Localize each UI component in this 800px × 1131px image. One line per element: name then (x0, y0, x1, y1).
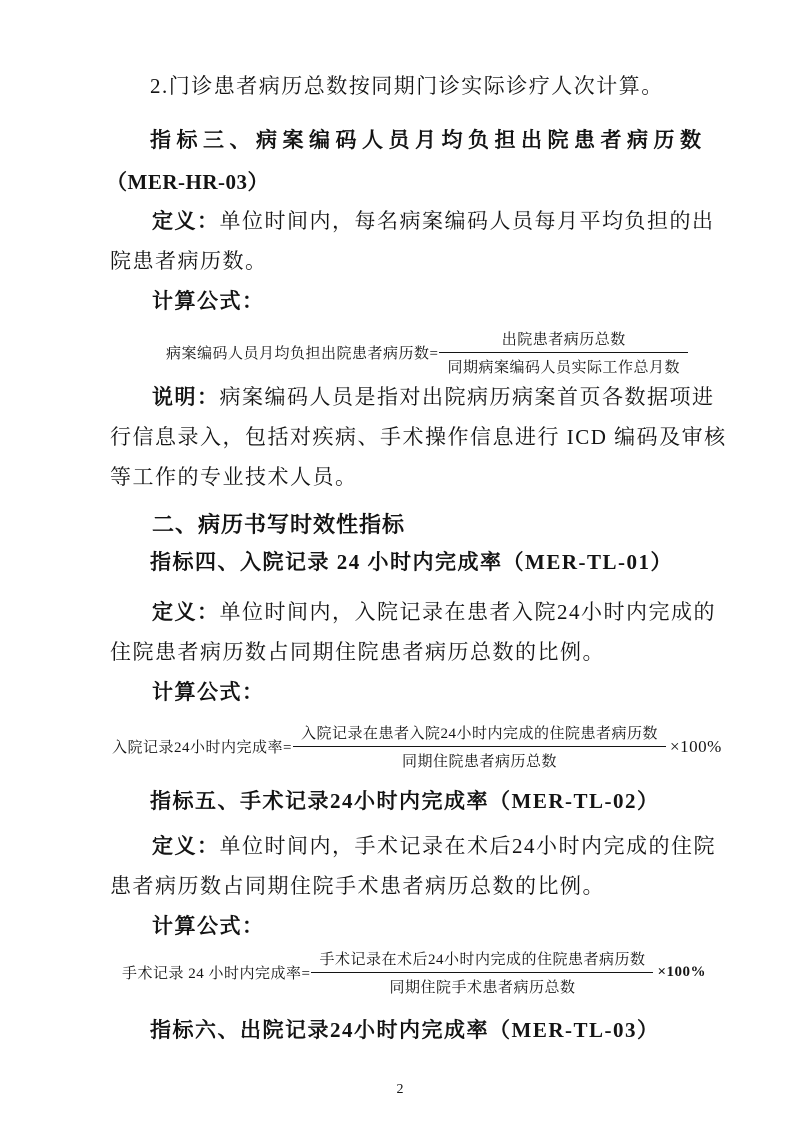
indicator4-formula-label: 计算公式： (152, 678, 265, 706)
fraction-denominator: 同期住院手术患者病历总数 (311, 972, 653, 997)
indicator5-title: 指标五、手术记录24小时内完成率（MER-TL-02） (150, 787, 660, 815)
indicator5-formula: 手术记录 24 小时内完成率= 手术记录在术后24小时内完成的住院患者病历数 同… (122, 948, 706, 997)
indicator3-note-line2: 行信息录入，包括对疾病、手术操作信息进行 ICD 编码及审核 (110, 423, 727, 451)
fraction-numerator: 手术记录在术后24小时内完成的住院患者病历数 (311, 948, 653, 972)
definition-label: 定义： (152, 834, 220, 858)
fraction-numerator: 入院记录在患者入院24小时内完成的住院患者病历数 (293, 722, 666, 746)
indicator3-formula-label: 计算公式： (152, 287, 265, 315)
outpatient-note-line: 2.门诊患者病历总数按同期门诊实际诊疗人次计算。 (150, 72, 664, 100)
indicator4-title: 指标四、入院记录 24 小时内完成率（MER-TL-01） (150, 548, 673, 576)
formula-lhs: 入院记录24小时内完成率= (112, 736, 292, 757)
indicator6-title: 指标六、出院记录24小时内完成率（MER-TL-03） (150, 1016, 660, 1044)
formula-fraction: 入院记录在患者入院24小时内完成的住院患者病历数 同期住院患者病历总数 (293, 722, 666, 771)
indicator4-definition-line1: 定义：单位时间内，入院记录在患者入院24小时内完成的 (152, 598, 716, 626)
indicator5-definition-line1: 定义：单位时间内，手术记录在术后24小时内完成的住院 (152, 832, 716, 860)
indicator3-definition-line1: 定义：单位时间内，每名病案编码人员每月平均负担的出 (152, 207, 715, 235)
definition-text: 单位时间内，手术记录在术后24小时内完成的住院 (220, 834, 717, 858)
indicator3-definition-line2: 院患者病历数。 (110, 247, 268, 275)
section2-heading: 二、病历书写时效性指标 (152, 510, 405, 540)
formula-suffix: ×100% (670, 737, 722, 757)
definition-label: 定义： (152, 600, 220, 624)
formula-fraction: 手术记录在术后24小时内完成的住院患者病历数 同期住院手术患者病历总数 (311, 948, 653, 997)
indicator3-title: 指标三、病案编码人员月均负担出院患者病历数 (150, 126, 707, 154)
definition-text: 单位时间内，入院记录在患者入院24小时内完成的 (220, 600, 717, 624)
indicator4-formula: 入院记录24小时内完成率= 入院记录在患者入院24小时内完成的住院患者病历数 同… (112, 722, 722, 771)
definition-label: 定义： (152, 209, 220, 233)
note-text: 病案编码人员是指对出院病历病案首页各数据项进 (220, 385, 715, 409)
formula-lhs: 手术记录 24 小时内完成率= (122, 962, 310, 983)
page-number: 2 (0, 1082, 800, 1098)
formula-lhs: 病案编码人员月均负担出院患者病历数= (166, 342, 438, 363)
indicator3-code: （MER-HR-03） (106, 168, 269, 196)
indicator4-definition-line2: 住院患者病历数占同期住院患者病历总数的比例。 (110, 638, 605, 666)
formula-fraction: 出院患者病历总数 同期病案编码人员实际工作总月数 (439, 328, 688, 377)
note-label: 说明： (152, 385, 220, 409)
indicator5-definition-line2: 患者病历数占同期住院手术患者病历总数的比例。 (110, 872, 605, 900)
document-page: 2.门诊患者病历总数按同期门诊实际诊疗人次计算。 指标三、病案编码人员月均负担出… (0, 0, 800, 1131)
definition-text: 单位时间内，每名病案编码人员每月平均负担的出 (220, 209, 715, 233)
indicator3-note-line1: 说明：病案编码人员是指对出院病历病案首页各数据项进 (152, 383, 715, 411)
fraction-denominator: 同期住院患者病历总数 (293, 746, 666, 771)
formula-suffix: ×100% (657, 964, 706, 981)
indicator5-formula-label: 计算公式： (152, 912, 265, 940)
indicator3-formula: 病案编码人员月均负担出院患者病历数= 出院患者病历总数 同期病案编码人员实际工作… (166, 328, 689, 377)
fraction-denominator: 同期病案编码人员实际工作总月数 (439, 352, 688, 377)
fraction-numerator: 出院患者病历总数 (439, 328, 688, 352)
indicator3-note-line3: 等工作的专业技术人员。 (110, 463, 358, 491)
